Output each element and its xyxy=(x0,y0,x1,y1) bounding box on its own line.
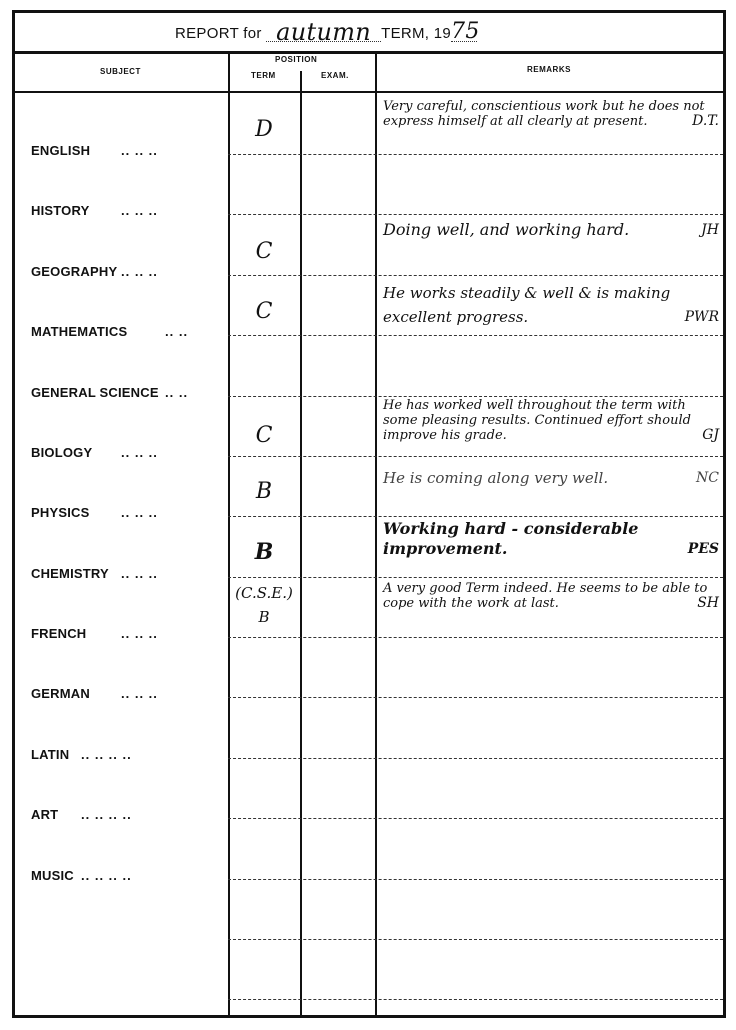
grade-chemistry: B xyxy=(228,539,300,565)
subject-german: GERMAN xyxy=(31,686,90,701)
remark-biology: He has worked well throughout the term w… xyxy=(383,398,723,443)
leader-dots: .. .. .. .. xyxy=(81,868,132,883)
header-subject: SUBJECT xyxy=(100,67,141,76)
subject-music: MUSIC xyxy=(31,868,74,883)
remark-text: Doing well, and working hard. xyxy=(383,220,629,239)
subject-art: ART xyxy=(31,807,58,822)
leader-dots: .. .. .. xyxy=(121,203,158,218)
subject-english: ENGLISH xyxy=(31,143,90,158)
remark-text: He has worked well throughout the term w… xyxy=(383,398,691,443)
leader-dots: .. .. .. xyxy=(121,686,158,701)
row-rule xyxy=(228,214,723,215)
remark-english: Very careful, conscientious work but he … xyxy=(383,99,723,129)
remark-geography: Doing well, and working hard. JH xyxy=(383,219,723,241)
teacher-initials: PWR xyxy=(685,305,719,329)
teacher-initials: NC xyxy=(696,471,719,486)
teacher-initials: SH xyxy=(697,596,719,611)
leader-dots: .. .. .. .. xyxy=(81,747,132,762)
leader-dots: .. .. xyxy=(165,385,188,400)
remark-french: A very good Term indeed. He seems to be … xyxy=(383,581,723,611)
row-rule xyxy=(228,456,723,457)
report-title: REPORT for autumnTERM, 1975 xyxy=(175,23,477,42)
report-title-bar: REPORT for autumnTERM, 1975 xyxy=(15,13,723,54)
divider-exam-remarks xyxy=(375,51,377,1015)
leader-dots: .. .. .. xyxy=(121,505,158,520)
row-rule xyxy=(228,516,723,517)
row-rule xyxy=(228,275,723,276)
subject-general-science: GENERAL SCIENCE xyxy=(31,385,159,400)
remark-text: He is coming along very well. xyxy=(383,469,608,487)
grade-physics: B xyxy=(228,479,300,504)
grade-biology: C xyxy=(228,423,300,448)
remark-physics: He is coming along very well. NC xyxy=(383,471,723,486)
subject-french: FRENCH xyxy=(31,626,86,641)
subject-geography: GEOGRAPHY xyxy=(31,264,117,279)
teacher-initials: JH xyxy=(701,219,719,241)
leader-dots: .. .. .. .. xyxy=(81,807,132,822)
row-rule xyxy=(228,335,723,336)
teacher-initials: D.T. xyxy=(692,114,719,129)
divider-term-exam xyxy=(300,71,302,1015)
header-remarks: REMARKS xyxy=(527,65,571,74)
row-rule xyxy=(228,818,723,819)
teacher-initials: GJ xyxy=(702,428,719,443)
grade-mathematics: C xyxy=(228,299,300,324)
subject-chemistry: CHEMISTRY xyxy=(31,566,109,581)
row-rule xyxy=(228,758,723,759)
title-prefix: REPORT for xyxy=(175,25,262,42)
leader-dots: .. .. .. xyxy=(121,264,158,279)
leader-dots: .. .. .. xyxy=(121,566,158,581)
divider-subject-term xyxy=(228,51,230,1015)
leader-dots: .. .. .. xyxy=(121,143,158,158)
row-rule xyxy=(228,939,723,940)
remark-text: Working hard - considerable improvement. xyxy=(383,519,638,558)
column-header-row: SUBJECT POSITION TERM EXAM. REMARKS xyxy=(15,51,723,93)
leader-dots: .. .. .. xyxy=(121,626,158,641)
leader-dots: .. .. .. xyxy=(121,445,158,460)
row-rule xyxy=(228,697,723,698)
remark-text: A very good Term indeed. He seems to be … xyxy=(383,581,707,611)
row-rule xyxy=(228,577,723,578)
remark-mathematics: He works steadily & well & is making exc… xyxy=(383,281,723,329)
report-card: REPORT for autumnTERM, 1975 SUBJECT POSI… xyxy=(12,10,726,1018)
grade-geography: C xyxy=(228,239,300,264)
subject-physics: PHYSICS xyxy=(31,505,89,520)
leader-dots: .. .. xyxy=(165,324,188,339)
row-rule xyxy=(228,637,723,638)
remark-text: He works steadily & well & is making exc… xyxy=(383,284,670,326)
term-name-field: autumn xyxy=(266,23,381,42)
remark-chemistry: Working hard - considerable improvement.… xyxy=(383,519,723,559)
header-position: POSITION xyxy=(275,55,317,64)
header-term: TERM xyxy=(251,71,276,80)
remark-text: Very careful, conscientious work but he … xyxy=(383,99,705,129)
row-rule xyxy=(228,879,723,880)
header-exam: EXAM. xyxy=(321,71,349,80)
teacher-initials: PES xyxy=(688,539,719,559)
subject-history: HISTORY xyxy=(31,203,89,218)
subject-biology: BIOLOGY xyxy=(31,445,92,460)
subject-mathematics: MATHEMATICS xyxy=(31,324,127,339)
row-rule xyxy=(228,396,723,397)
grade-english: D xyxy=(228,117,300,142)
row-rule xyxy=(228,999,723,1000)
subject-latin: LATIN xyxy=(31,747,69,762)
term-label: TERM, 19 xyxy=(381,25,451,42)
row-rule xyxy=(228,154,723,155)
year-field: 75 xyxy=(451,23,477,42)
grade-french: (C.S.E.) B xyxy=(228,581,300,629)
